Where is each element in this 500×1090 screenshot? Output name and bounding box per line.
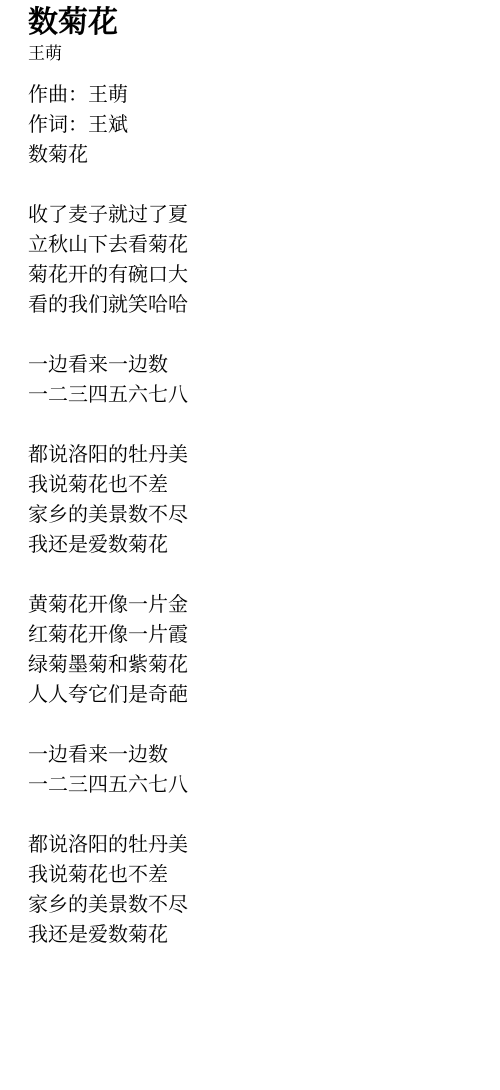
stanza: 一边看来一边数一二三四五六七八 <box>28 350 480 410</box>
lyric-line: 我说菊花也不差 <box>28 470 480 500</box>
lyric-line: 家乡的美景数不尽 <box>28 890 480 920</box>
lyric-line: 家乡的美景数不尽 <box>28 500 480 530</box>
lyric-line: 数菊花 <box>28 140 480 170</box>
lyric-line: 菊花开的有碗口大 <box>28 260 480 290</box>
stanza: 都说洛阳的牡丹美我说菊花也不差家乡的美景数不尽我还是爱数菊花 <box>28 440 480 560</box>
lyric-line: 一边看来一边数 <box>28 740 480 770</box>
stanzas-container: 收了麦子就过了夏立秋山下去看菊花菊花开的有碗口大看的我们就笑哈哈一边看来一边数一… <box>28 200 480 950</box>
song-title: 数菊花 <box>28 4 480 41</box>
lyric-line: 我还是爱数菊花 <box>28 530 480 560</box>
artist-name: 王萌 <box>28 41 480 66</box>
credits-block: 作曲：王萌作词：王斌数菊花 <box>28 80 480 170</box>
lyrics-page: 数菊花 王萌 作曲：王萌作词：王斌数菊花 收了麦子就过了夏立秋山下去看菊花菊花开… <box>0 0 500 950</box>
stanza: 黄菊花开像一片金红菊花开像一片霞绿菊墨菊和紫菊花人人夸它们是奇葩 <box>28 590 480 710</box>
lyric-line: 一二三四五六七八 <box>28 380 480 410</box>
lyric-line: 人人夸它们是奇葩 <box>28 680 480 710</box>
lyric-line: 绿菊墨菊和紫菊花 <box>28 650 480 680</box>
lyric-line: 都说洛阳的牡丹美 <box>28 440 480 470</box>
lyric-line: 作曲：王萌 <box>28 80 480 110</box>
lyric-line: 都说洛阳的牡丹美 <box>28 830 480 860</box>
lyric-line: 我还是爱数菊花 <box>28 920 480 950</box>
stanza: 收了麦子就过了夏立秋山下去看菊花菊花开的有碗口大看的我们就笑哈哈 <box>28 200 480 320</box>
lyric-line: 立秋山下去看菊花 <box>28 230 480 260</box>
lyric-line: 看的我们就笑哈哈 <box>28 290 480 320</box>
lyric-line: 一边看来一边数 <box>28 350 480 380</box>
lyrics-body: 作曲：王萌作词：王斌数菊花 收了麦子就过了夏立秋山下去看菊花菊花开的有碗口大看的… <box>28 80 480 950</box>
lyric-line: 红菊花开像一片霞 <box>28 620 480 650</box>
lyric-line: 收了麦子就过了夏 <box>28 200 480 230</box>
stanza: 都说洛阳的牡丹美我说菊花也不差家乡的美景数不尽我还是爱数菊花 <box>28 830 480 950</box>
stanza: 一边看来一边数一二三四五六七八 <box>28 740 480 800</box>
lyric-line: 一二三四五六七八 <box>28 770 480 800</box>
lyric-line: 我说菊花也不差 <box>28 860 480 890</box>
lyric-line: 作词：王斌 <box>28 110 480 140</box>
lyric-line: 黄菊花开像一片金 <box>28 590 480 620</box>
